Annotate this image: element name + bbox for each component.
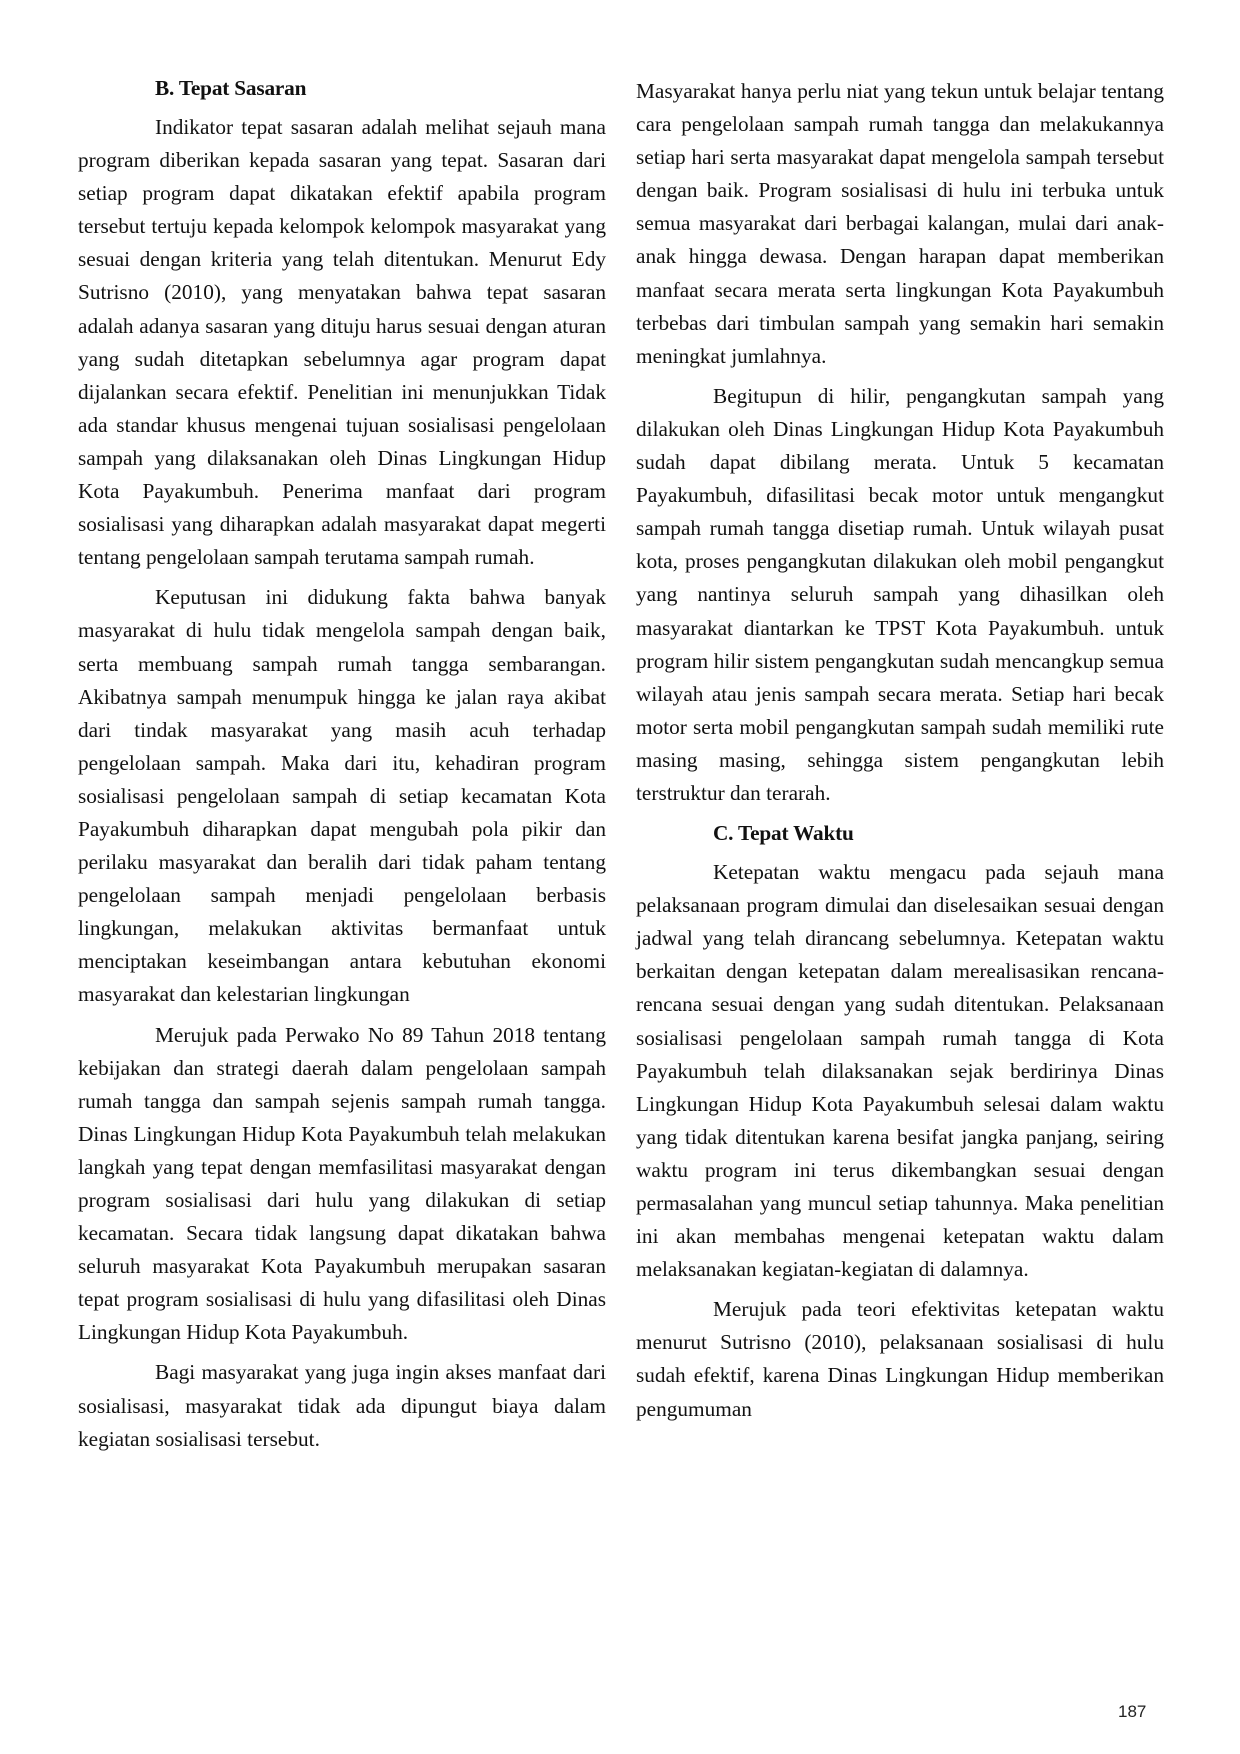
paragraph-continued: Masyarakat hanya perlu niat yang tekun u…: [636, 75, 1164, 373]
page-number: 187: [1118, 1702, 1146, 1722]
paragraph: Bagi masyarakat yang juga ingin akses ma…: [78, 1356, 606, 1455]
paragraph: Indikator tepat sasaran adalah melihat s…: [78, 111, 606, 574]
document-page: B. Tepat Sasaran Indikator tepat sasaran…: [0, 0, 1240, 1754]
section-heading-tepat-sasaran: B. Tepat Sasaran: [78, 72, 606, 105]
paragraph: Ketepatan waktu mengacu pada sejauh mana…: [636, 856, 1164, 1286]
paragraph: Begitupun di hilir, pengangkutan sampah …: [636, 380, 1164, 810]
paragraph: Merujuk pada Perwako No 89 Tahun 2018 te…: [78, 1019, 606, 1350]
paragraph: Merujuk pada teori efektivitas ketepatan…: [636, 1293, 1164, 1425]
paragraph: Keputusan ini didukung fakta bahwa banya…: [78, 581, 606, 1011]
right-column: Masyarakat hanya perlu niat yang tekun u…: [636, 75, 1164, 1433]
section-heading-tepat-waktu: C. Tepat Waktu: [636, 817, 1164, 850]
left-column: B. Tepat Sasaran Indikator tepat sasaran…: [78, 72, 606, 1463]
